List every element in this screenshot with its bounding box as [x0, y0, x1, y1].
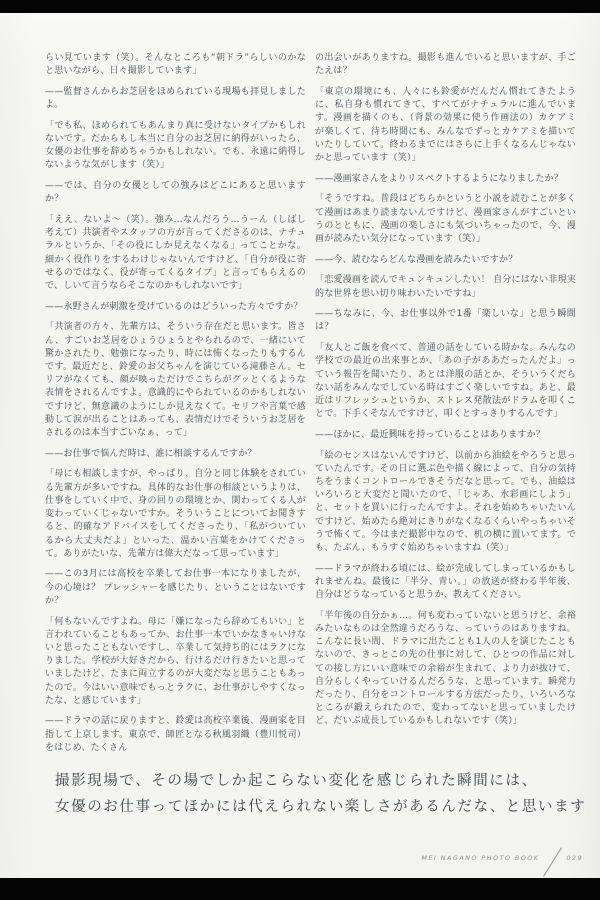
interview-column-right: の出会いがありますね。撮影も進んでいると思いますが、手ごたえは？「東京の環境にも… — [315, 52, 576, 736]
pull-quote-line-2: 女優のお仕事ってほかには代えられない楽しさがあるんだな、と思います — [55, 794, 586, 820]
interview-answer: 「母にも相談しますが、やっぱり、自分と同じ体験をされている先輩方が多いですね。具… — [45, 468, 306, 560]
interview-answer: 「半年後の自分かぁ…。何も変わっていないと思うけど、余裕みたいなものは全然違うだ… — [315, 610, 576, 729]
interview-answer: 「そうですね。普段はどちらかというと小説を読むことが多くて漫画はあまり読まないん… — [315, 193, 576, 246]
interview-question: ——漫画家さんをよりリスペクトするようになりましたか？ — [315, 173, 576, 186]
slash-divider-line — [543, 847, 562, 876]
interview-continuation: らい見ています（笑）。そんなところも“朝ドラ”らしいのかなと思いながら、日々撮影… — [45, 52, 306, 78]
interview-answer: 「友人とご飯を食べて、普通の話をしている時かな。みんなの学校での最近の出来事とか… — [315, 342, 576, 421]
interview-answer: 「東京の環境にも、人々にも鈴愛がだんだん慣れてきたように、私自身も慣れてきて、す… — [315, 86, 576, 165]
interview-question: ——ほかに、最近興味を持っていることはありますか？ — [315, 429, 576, 442]
top-letterbox-bar — [0, 0, 600, 13]
page-footer: MEI NAGANO PHOTO BOOK 029 — [421, 853, 583, 863]
interview-continuation: の出会いがありますね。撮影も進んでいると思いますが、手ごたえは？ — [315, 52, 576, 78]
interview-answer: 「何もないんですよね。母に「嫌になったら辞めてもいい」と言われていることもあって… — [45, 616, 306, 708]
interview-question: ——今、読むならどんな漫画を読みたいですか？ — [315, 254, 576, 267]
interview-question: ——では、自分の女優としての強みはどこにあると思いますか？ — [45, 180, 306, 206]
interview-question: ——お仕事で悩んだ時は、誰に相談するんですか？ — [45, 448, 306, 461]
interview-question: ——永野さんが刺激を受けているのはどういった方々ですか？ — [45, 301, 306, 314]
photo-book-page: らい見ています（笑）。そんなところも“朝ドラ”らしいのかなと思いながら、日々撮影… — [0, 0, 600, 900]
interview-answer: 「共演者の方々、先輩方は、そういう存在だと思います。皆さん、すごいお芝居をひょう… — [45, 321, 306, 440]
page-number: 029 — [566, 854, 583, 862]
bottom-letterbox-bar — [0, 878, 600, 900]
interview-question: ——監督さんからお芝居をほめられている現場も拝見しましたよ。 — [45, 86, 306, 112]
interview-answer: 「ええ、ないよ〜（笑）。強み…なんだろう…うーん（しばし考えて）共演者やスタッフ… — [45, 214, 306, 293]
pull-quote: 撮影現場で、その場でしか起こらない変化を感じられた瞬間には、 女優のお仕事ってほ… — [55, 768, 586, 820]
interview-question: ——ドラマが終わる頃には、絵が完成してしまっているかもしれませんね。最後に「半分… — [315, 563, 576, 603]
pull-quote-line-1: 撮影現場で、その場でしか起こらない変化を感じられた瞬間には、 — [55, 768, 586, 794]
interview-question: ——この3月には高校を卒業してお仕事一本になりましたが、今の心境は？ プレッシャ… — [45, 568, 306, 608]
page-surface: らい見ています（笑）。そんなところも“朝ドラ”らしいのかなと思いながら、日々撮影… — [0, 13, 600, 878]
interview-answer: 「絵のセンスはないんですけど、以前から油絵をやろうと思っていたんです。その日に選… — [315, 450, 576, 556]
interview-column-left: らい見ています（笑）。そんなところも“朝ドラ”らしいのかなと思いながら、日々撮影… — [45, 52, 306, 763]
interview-answer: 「恋愛漫画を読んでキュンキュンしたい！ 自分にはない非現実的な世界を思い切り味わ… — [315, 274, 576, 300]
interview-question: ——ドラマの話に戻りますと、鈴愛は高校卒業後、漫画家を目指して上京します。東京で… — [45, 715, 306, 755]
interview-question: ——ちなみに、今、お仕事以外で1番「楽しいな」と思う瞬間は？ — [315, 308, 576, 334]
interview-answer: 「でも私、ほめられてもあんまり真に受けないタイプかもしれないです。だからもし本当… — [45, 120, 306, 173]
footer-credit: MEI NAGANO PHOTO BOOK — [421, 854, 539, 862]
